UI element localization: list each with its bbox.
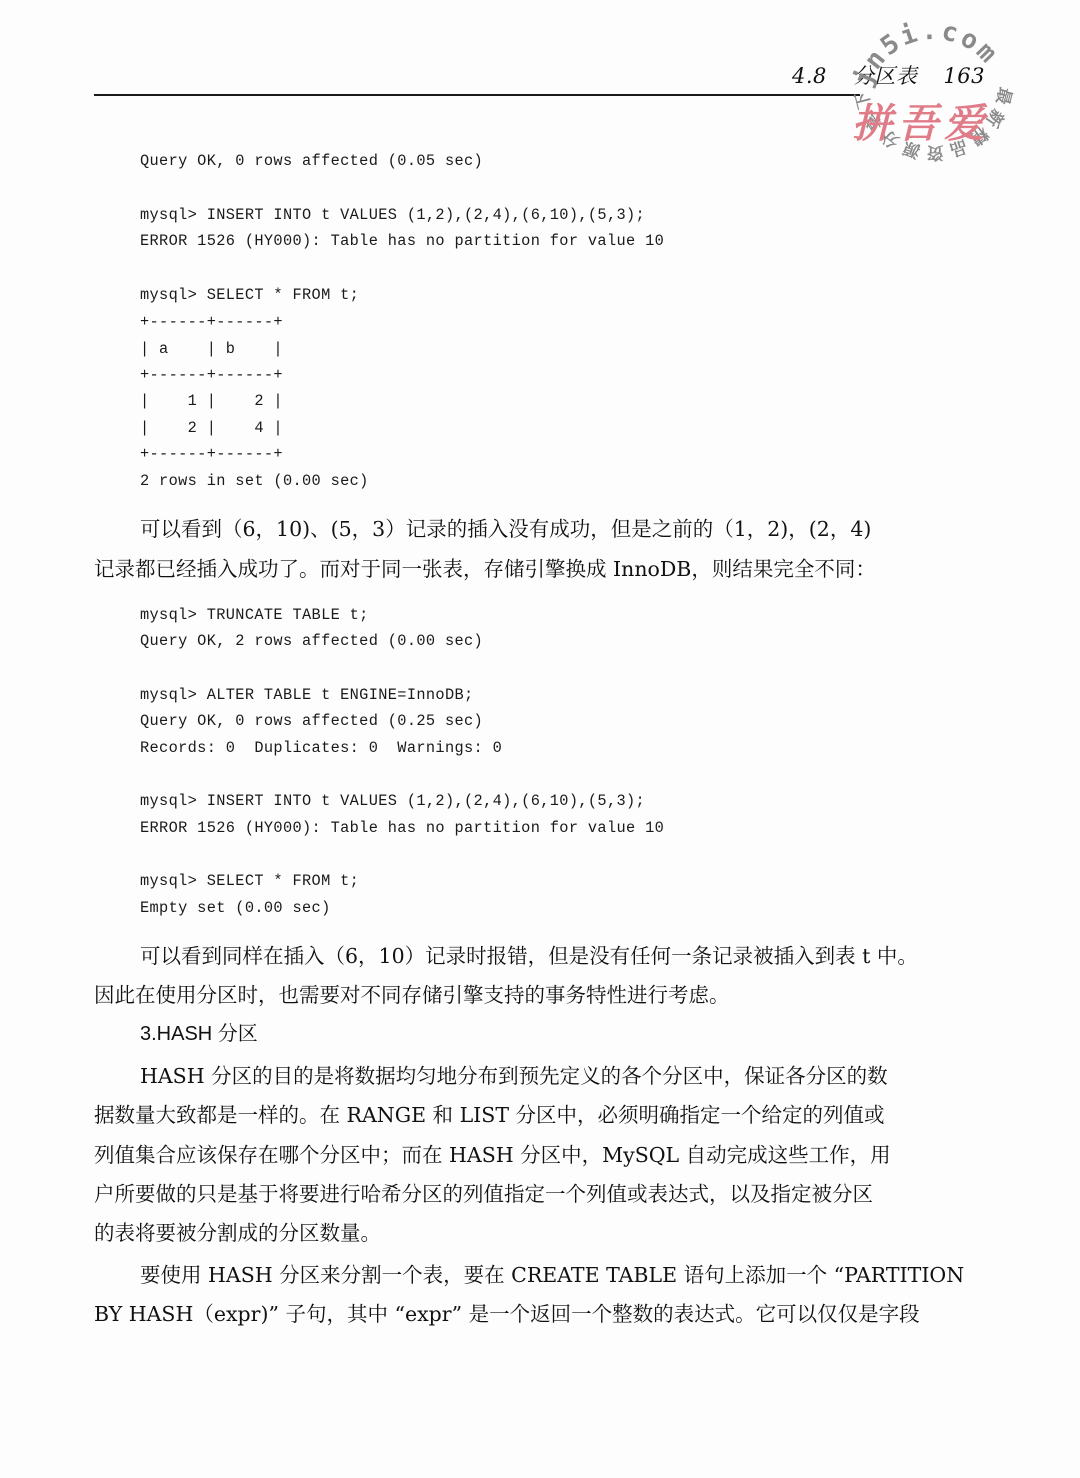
code-line: ERROR 1526 (HY000): Table has no partiti… <box>140 232 664 250</box>
paragraph-line: 可以看到同样在插入（6，10）记录时报错，但是没有任何一条记录被插入到表 t 中… <box>140 944 1032 968</box>
code-line: 2 rows in set (0.00 sec) <box>140 472 369 490</box>
code-line: Records: 0 Duplicates: 0 Warnings: 0 <box>140 739 502 757</box>
code-line: mysql> INSERT INTO t VALUES (1,2),(2,4),… <box>140 792 645 810</box>
paragraph-line: 列值集合应该保存在哪个分区中；而在 HASH 分区中，MySQL 自动完成这些工… <box>94 1143 986 1167</box>
code-line: mysql> TRUNCATE TABLE t; <box>140 606 369 624</box>
paragraph-line: 可以看到（6，10)、(5，3）记录的插入没有成功，但是之前的（1，2)，(2，… <box>140 517 1032 541</box>
code-line: | 1 | 2 | <box>140 392 283 410</box>
paragraph-line: 记录都已经插入成功了。而对于同一张表，存储引擎换成 InnoDB，则结果完全不同… <box>94 557 986 581</box>
paragraph-line: HASH 分区的目的是将数据均匀地分布到预先定义的各个分区中，保证各分区的数 <box>140 1064 1032 1088</box>
paragraph-line: BY HASH（expr)” 子句，其中 “expr” 是一个返回一个整数的表达… <box>94 1302 986 1326</box>
code-line: mysql> SELECT * FROM t; <box>140 286 359 304</box>
paragraph-line: 要使用 HASH 分区来分割一个表，要在 CREATE TABLE 语句上添加一… <box>140 1263 1032 1287</box>
section-title: 分区表 <box>853 64 918 88</box>
watermark-ring-icon: jn5i.com 最新精品资源分享下载站 <box>830 0 1030 190</box>
section-number: 4.8 <box>792 64 827 88</box>
page-number: 163 <box>943 64 985 88</box>
code-line: | a | b | <box>140 340 283 358</box>
code-line: +------+------+ <box>140 366 283 384</box>
code-line: ERROR 1526 (HY000): Table has no partiti… <box>140 819 664 837</box>
code-line: | 2 | 4 | <box>140 419 283 437</box>
code-line: mysql> SELECT * FROM t; <box>140 872 359 890</box>
code-line: +------+------+ <box>140 445 283 463</box>
running-head: 4.8分区表163 <box>792 60 985 90</box>
watermark-stamp: jn5i.com 最新精品资源分享下载站 拼吾爱 <box>830 0 1030 190</box>
code-line: +------+------+ <box>140 313 283 331</box>
code-line: mysql> ALTER TABLE t ENGINE=InnoDB; <box>140 686 474 704</box>
watermark-center-text: 拼吾爱 <box>852 92 990 149</box>
book-page: 4.8分区表163 jn5i.com 最新精品资源分享下载站 拼吾爱 Query… <box>0 0 1080 1478</box>
paragraph-line: 的表将要被分割成的分区数量。 <box>94 1221 986 1245</box>
paragraph-line: 户所要做的只是基于将要进行哈希分区的列值指定一个列值或表达式，以及指定被分区 <box>94 1182 986 1206</box>
code-line: mysql> INSERT INTO t VALUES (1,2),(2,4),… <box>140 206 645 224</box>
paragraph-line: 因此在使用分区时，也需要对不同存储引擎支持的事务特性进行考虑。 <box>94 983 986 1007</box>
section-heading: 3.HASH 分区 <box>140 1022 258 1046</box>
code-line: Empty set (0.00 sec) <box>140 899 331 917</box>
code-line: Query OK, 0 rows affected (0.25 sec) <box>140 712 483 730</box>
code-line: Query OK, 0 rows affected (0.05 sec) <box>140 152 483 170</box>
paragraph-line: 据数量大致都是一样的。在 RANGE 和 LIST 分区中，必须明确指定一个给定… <box>94 1103 986 1127</box>
header-rule <box>94 94 860 96</box>
code-line: Query OK, 2 rows affected (0.00 sec) <box>140 632 483 650</box>
